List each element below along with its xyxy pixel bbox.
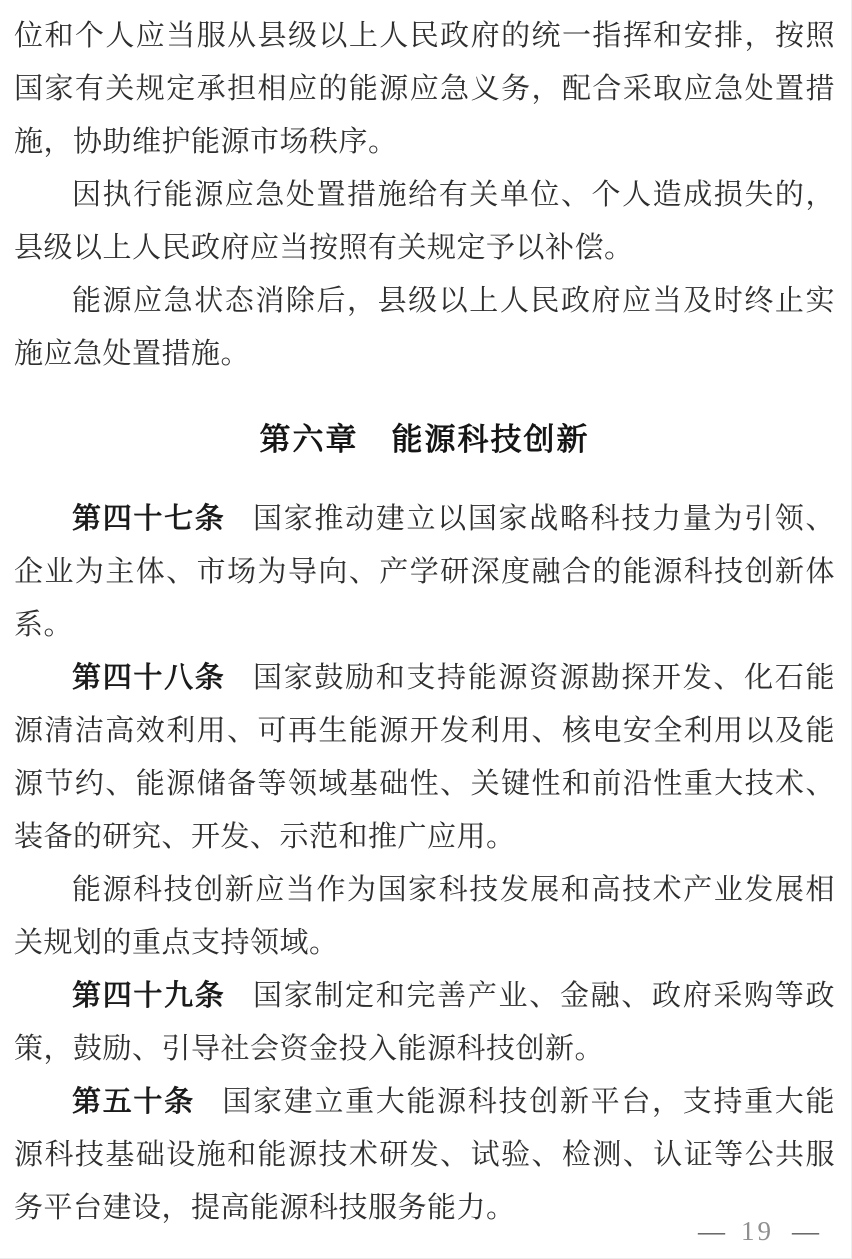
- paragraph-article-48: 第四十八条国家鼓励和支持能源资源勘探开发、化石能源清洁高效利用、可再生能源开发利…: [14, 652, 835, 864]
- paragraph-text: 能源科技创新应当作为国家科技发展和高技术产业发展相关规划的重点支持领域。: [14, 874, 835, 959]
- paragraph-continuation: 位和个人应当服从县级以上人民政府的统一指挥和安排，按照国家有关规定承担相应的能源…: [14, 10, 835, 169]
- article-number-47: 第四十七条: [72, 503, 225, 535]
- chapter-heading: 第六章 能源科技创新: [14, 417, 835, 463]
- footer-dash-left: —: [698, 1216, 723, 1246]
- article-number-48: 第四十八条: [72, 662, 225, 694]
- paragraph-text: 因执行能源应急处置措施给有关单位、个人造成损失的，县级以上人民政府应当按照有关规…: [14, 179, 835, 264]
- paragraph-article-49: 第四十九条国家制定和完善产业、金融、政府采购等政策，鼓励、引导社会资金投入能源科…: [14, 970, 835, 1076]
- paragraph-priority-field: 能源科技创新应当作为国家科技发展和高技术产业发展相关规划的重点支持领域。: [14, 864, 835, 970]
- article-number-50: 第五十条: [72, 1086, 195, 1118]
- document-body: 位和个人应当服从县级以上人民政府的统一指挥和安排，按照国家有关规定承担相应的能源…: [0, 0, 851, 1235]
- footer-dash-right: —: [792, 1216, 817, 1246]
- paragraph-text: 位和个人应当服从县级以上人民政府的统一指挥和安排，按照国家有关规定承担相应的能源…: [14, 20, 835, 158]
- article-number-49: 第四十九条: [72, 980, 225, 1012]
- page-number: 19: [741, 1216, 774, 1246]
- paragraph-compensation: 因执行能源应急处置措施给有关单位、个人造成损失的，县级以上人民政府应当按照有关规…: [14, 169, 835, 275]
- paragraph-article-50: 第五十条国家建立重大能源科技创新平台，支持重大能源科技基础设施和能源技术研发、试…: [14, 1076, 835, 1235]
- paragraph-text: 能源应急状态消除后，县级以上人民政府应当及时终止实施应急处置措施。: [14, 285, 835, 370]
- document-page: 位和个人应当服从县级以上人民政府的统一指挥和安排，按照国家有关规定承担相应的能源…: [0, 0, 852, 1259]
- page-footer: — 19 —: [698, 1216, 817, 1246]
- paragraph-emergency-end: 能源应急状态消除后，县级以上人民政府应当及时终止实施应急处置措施。: [14, 275, 835, 381]
- paragraph-article-47: 第四十七条国家推动建立以国家战略科技力量为引领、企业为主体、市场为导向、产学研深…: [14, 493, 835, 652]
